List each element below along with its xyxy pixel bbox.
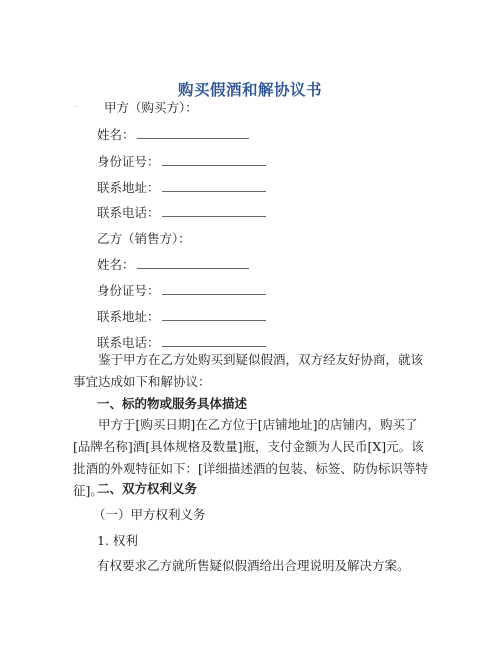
- blank-line[interactable]: [162, 155, 266, 166]
- party-b-name-field: 姓名：: [97, 257, 249, 273]
- field-label: 身份证号：: [97, 283, 160, 298]
- subsection-party-a-heading: （一）甲方权利义务: [93, 507, 206, 523]
- party-a-address-field: 联系地址：: [97, 180, 266, 196]
- preamble-paragraph: 鉴于甲方在乙方处购买到疑似假酒，双方经友好协商，就该事宜达成如下和解协议：: [73, 349, 433, 393]
- list-marker: ·: [75, 102, 78, 111]
- field-label: 联系地址：: [97, 180, 160, 195]
- party-a-id-field: 身份证号：: [97, 154, 266, 170]
- blank-line[interactable]: [162, 336, 266, 347]
- field-label: 身份证号：: [97, 154, 160, 169]
- party-a-phone-field: 联系电话：: [97, 205, 266, 221]
- item-rights-heading: 1. 权利: [97, 533, 138, 549]
- section-2-heading: 二、双方权利义务: [97, 481, 197, 497]
- section-1-heading: 一、标的物或服务具体描述: [97, 396, 247, 412]
- field-label: 联系地址：: [97, 309, 160, 324]
- document-title: 购买假酒和解协议书: [0, 78, 500, 100]
- item-rights-text: 有权要求乙方就所售疑似假酒给出合理说明及解决方案。: [97, 558, 410, 574]
- field-label: 联系电话：: [97, 205, 160, 220]
- blank-line[interactable]: [162, 206, 266, 217]
- blank-line[interactable]: [137, 128, 249, 139]
- field-label: 姓名：: [97, 127, 135, 142]
- party-b-id-field: 身份证号：: [97, 283, 266, 299]
- field-label: 姓名：: [97, 257, 135, 272]
- blank-line[interactable]: [162, 310, 266, 321]
- party-b-heading: 乙方（销售方）：: [97, 231, 191, 247]
- document-page: 购买假酒和解协议书 · 甲方（购买方）： 姓名： 身份证号： 联系地址： 联系电…: [0, 0, 500, 647]
- blank-line[interactable]: [162, 181, 266, 192]
- party-b-address-field: 联系地址：: [97, 309, 266, 325]
- party-a-name-field: 姓名：: [97, 127, 249, 143]
- field-label: 联系电话：: [97, 335, 160, 350]
- blank-line[interactable]: [162, 284, 266, 295]
- blank-line[interactable]: [137, 258, 249, 269]
- party-a-heading: 甲方（购买方）：: [104, 100, 198, 116]
